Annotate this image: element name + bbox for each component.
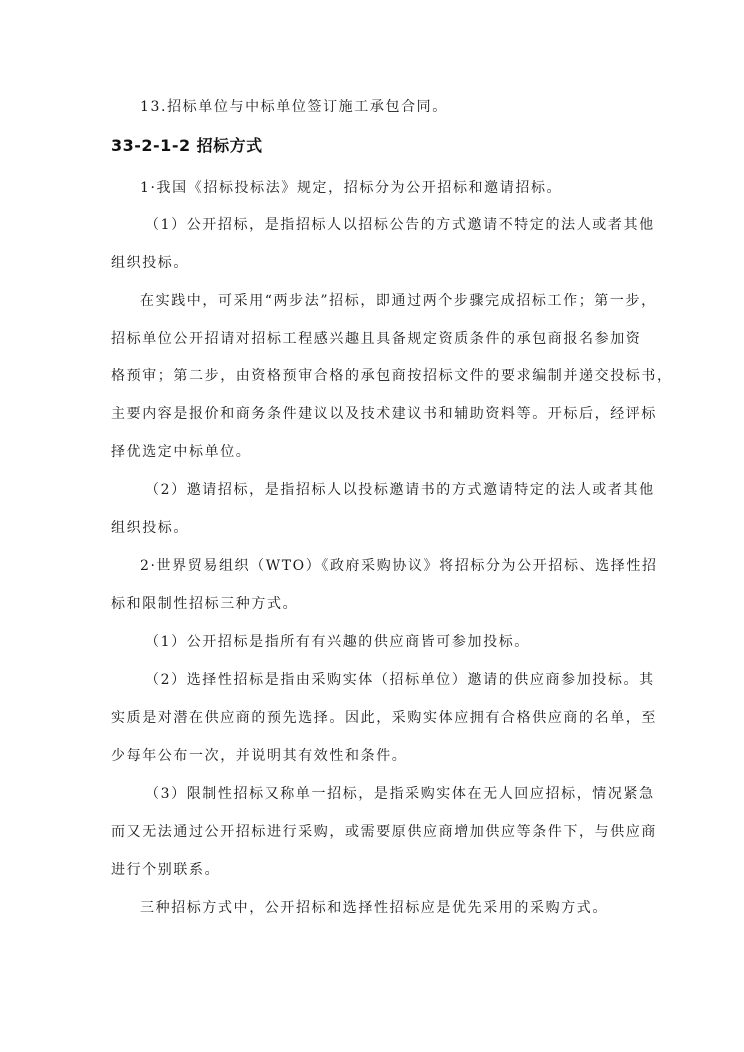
paragraph-line: 在实践中，可采用“两步法”招标，即通过两个步骤完成招标工作；第一步， [140, 292, 665, 310]
paragraph-line: 标和限制性招标三种方式。 [111, 595, 636, 613]
paragraph-line: （2）邀请招标，是指招标人以投标邀请书的方式邀请特定的法人或者其他 [145, 481, 670, 499]
document-page: 33-2-1-2 招标方式 13.招标单位与中标单位签订施工承包合同。1·我国《… [0, 0, 744, 1052]
paragraph-line: 格预审；第二步，由资格预审合格的承包商按招标文件的要求编制并递交投标书， [111, 367, 636, 385]
paragraph-line: 进行个别联系。 [111, 861, 636, 879]
paragraph-line: 三种招标方式中，公开招标和选择性招标应是优先采用的采购方式。 [140, 899, 665, 917]
paragraph-line: 组织投标。 [111, 519, 636, 537]
paragraph-line: 1·我国《招标投标法》规定，招标分为公开招标和邀请招标。 [140, 179, 665, 197]
paragraph-line: 13.招标单位与中标单位签订施工承包合同。 [140, 98, 665, 116]
paragraph-line: 实质是对潜在供应商的预先选择。因此，采购实体应拥有合格供应商的名单，至 [111, 709, 636, 727]
paragraph-line: 2·世界贸易组织（WTO）《政府采购协议》将招标分为公开招标、选择性招 [140, 557, 665, 575]
paragraph-line: （3）限制性招标又称单一招标，是指采购实体在无人回应招标，情况紧急 [145, 785, 670, 803]
paragraph-line: 而又无法通过公开招标进行采购，或需要原供应商增加供应等条件下，与供应商 [111, 823, 636, 841]
paragraph-line: 主要内容是报价和商务条件建议以及技术建议书和辅助资料等。开标后，经评标 [111, 405, 636, 423]
paragraph-line: 择优选定中标单位。 [111, 443, 636, 461]
paragraph-line: （1）公开招标是指所有有兴趣的供应商皆可参加投标。 [145, 633, 670, 651]
paragraph-line: （1）公开招标，是指招标人以招标公告的方式邀请不特定的法人或者其他 [145, 216, 670, 234]
paragraph-line: （2）选择性招标是指由采购实体（招标单位）邀请的供应商参加投标。其 [145, 671, 670, 689]
paragraph-line: 组织投标。 [111, 254, 636, 272]
section-heading: 33-2-1-2 招标方式 [111, 136, 263, 156]
paragraph-line: 招标单位公开招请对招标工程感兴趣且具备规定资质条件的承包商报名参加资 [111, 330, 636, 348]
paragraph-line: 少每年公布一次，并说明其有效性和条件。 [111, 747, 636, 765]
